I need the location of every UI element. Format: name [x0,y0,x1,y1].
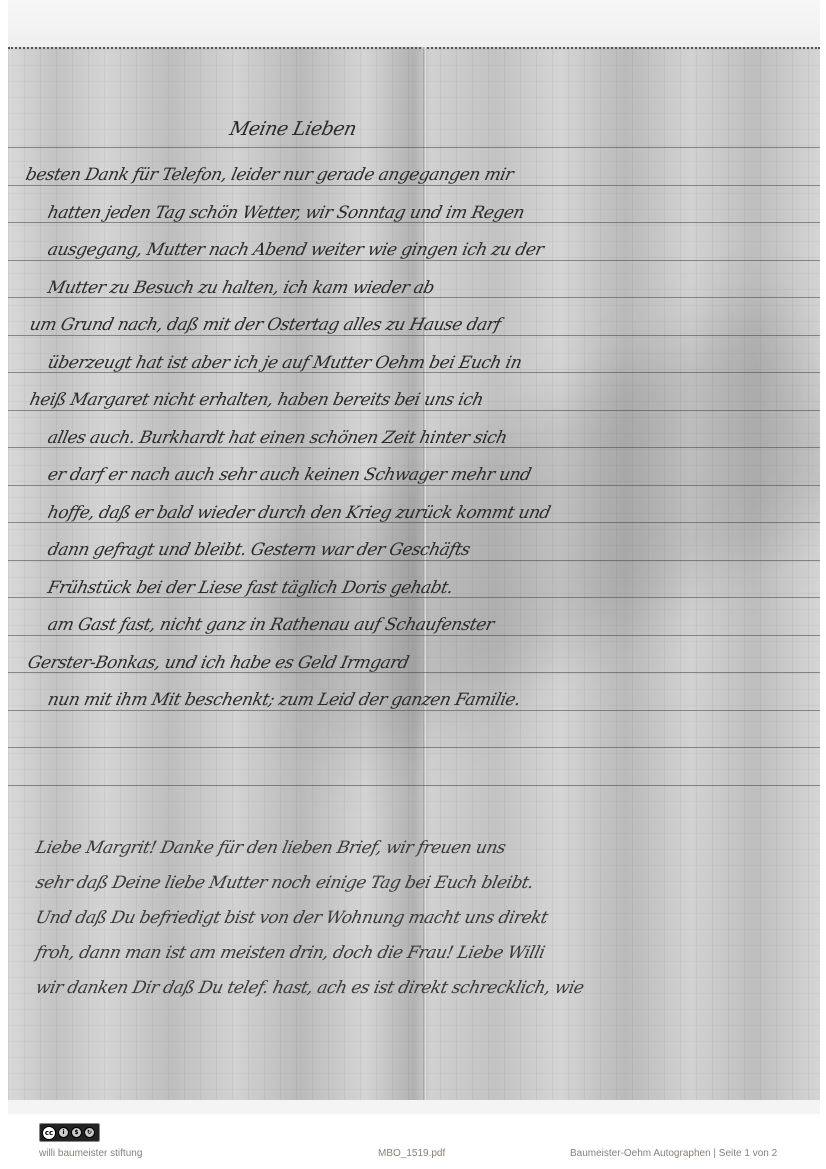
handwritten-line: hatten jeden Tag schön Wetter, wir Sonnt… [46,203,526,223]
handwritten-line: alles auch. Burkhardt hat einen schönen … [46,428,509,448]
letter-scan: Meine Lieben besten Dank für Telefon, le… [8,0,820,1114]
handwritten-line: dann gefragt und bleibt. Gestern war der… [46,540,472,560]
ruled-line [8,785,820,786]
by-icon: i [58,1127,69,1138]
handwritten-line: Liebe Margrit! Danke für den lieben Brie… [34,838,507,858]
handwritten-line: am Gast fast, nicht ganz in Rathenau auf… [46,615,496,635]
salutation: Meine Lieben [228,118,359,140]
collection-page-info: Baumeister-Oehm Autographen | Seite 1 vo… [570,1148,777,1159]
cc-by-nc-sa-icon[interactable]: cc i $ ↻ [39,1123,100,1142]
handwritten-line: froh, dann man ist am meisten drin, doch… [34,943,547,963]
handwritten-line: sehr daß Deine liebe Mutter noch einige … [34,873,535,893]
nc-icon: $ [71,1127,82,1138]
handwritten-line: heiß Margaret nicht erhalten, haben bere… [28,390,485,410]
ruled-line [8,147,820,148]
page-footer: cc i $ ↻ willi baumeister stiftung MBO_1… [0,1114,826,1169]
cc-icon: cc [42,1126,56,1140]
handwritten-line: Mutter zu Besuch zu halten, ich kam wied… [46,278,436,298]
organization-name: willi baumeister stiftung [39,1148,142,1159]
sa-icon: ↻ [84,1127,95,1138]
scanner-background [8,0,820,48]
handwritten-line: Gerster-Bonkas, und ich habe es Geld Irm… [26,653,411,673]
handwritten-line: besten Dank für Telefon, leider nur gera… [24,165,515,185]
handwritten-line: ausgegang, Mutter nach Abend weiter wie … [46,240,545,260]
handwritten-line: Und daß Du befriedigt bist von der Wohnu… [34,908,550,928]
handwritten-line: wir danken Dir daß Du telef. hast, ach e… [34,978,586,998]
handwritten-line: um Grund nach, daß mit der Ostertag alle… [28,315,503,335]
handwritten-line: nun mit ihm Mit beschenkt; zum Leid der … [46,690,522,710]
file-name: MBO_1519.pdf [378,1148,445,1159]
handwritten-line: hoffe, daß er bald wieder durch den Krie… [46,503,552,523]
handwritten-line: Frühstück bei der Liese fast täglich Dor… [46,578,455,598]
handwritten-line: er darf er nach auch sehr auch keinen Sc… [46,465,533,485]
scanner-background-bottom [8,1100,820,1114]
handwritten-line: überzeugt hat ist aber ich je auf Mutter… [46,353,523,373]
ruled-line [8,747,820,748]
